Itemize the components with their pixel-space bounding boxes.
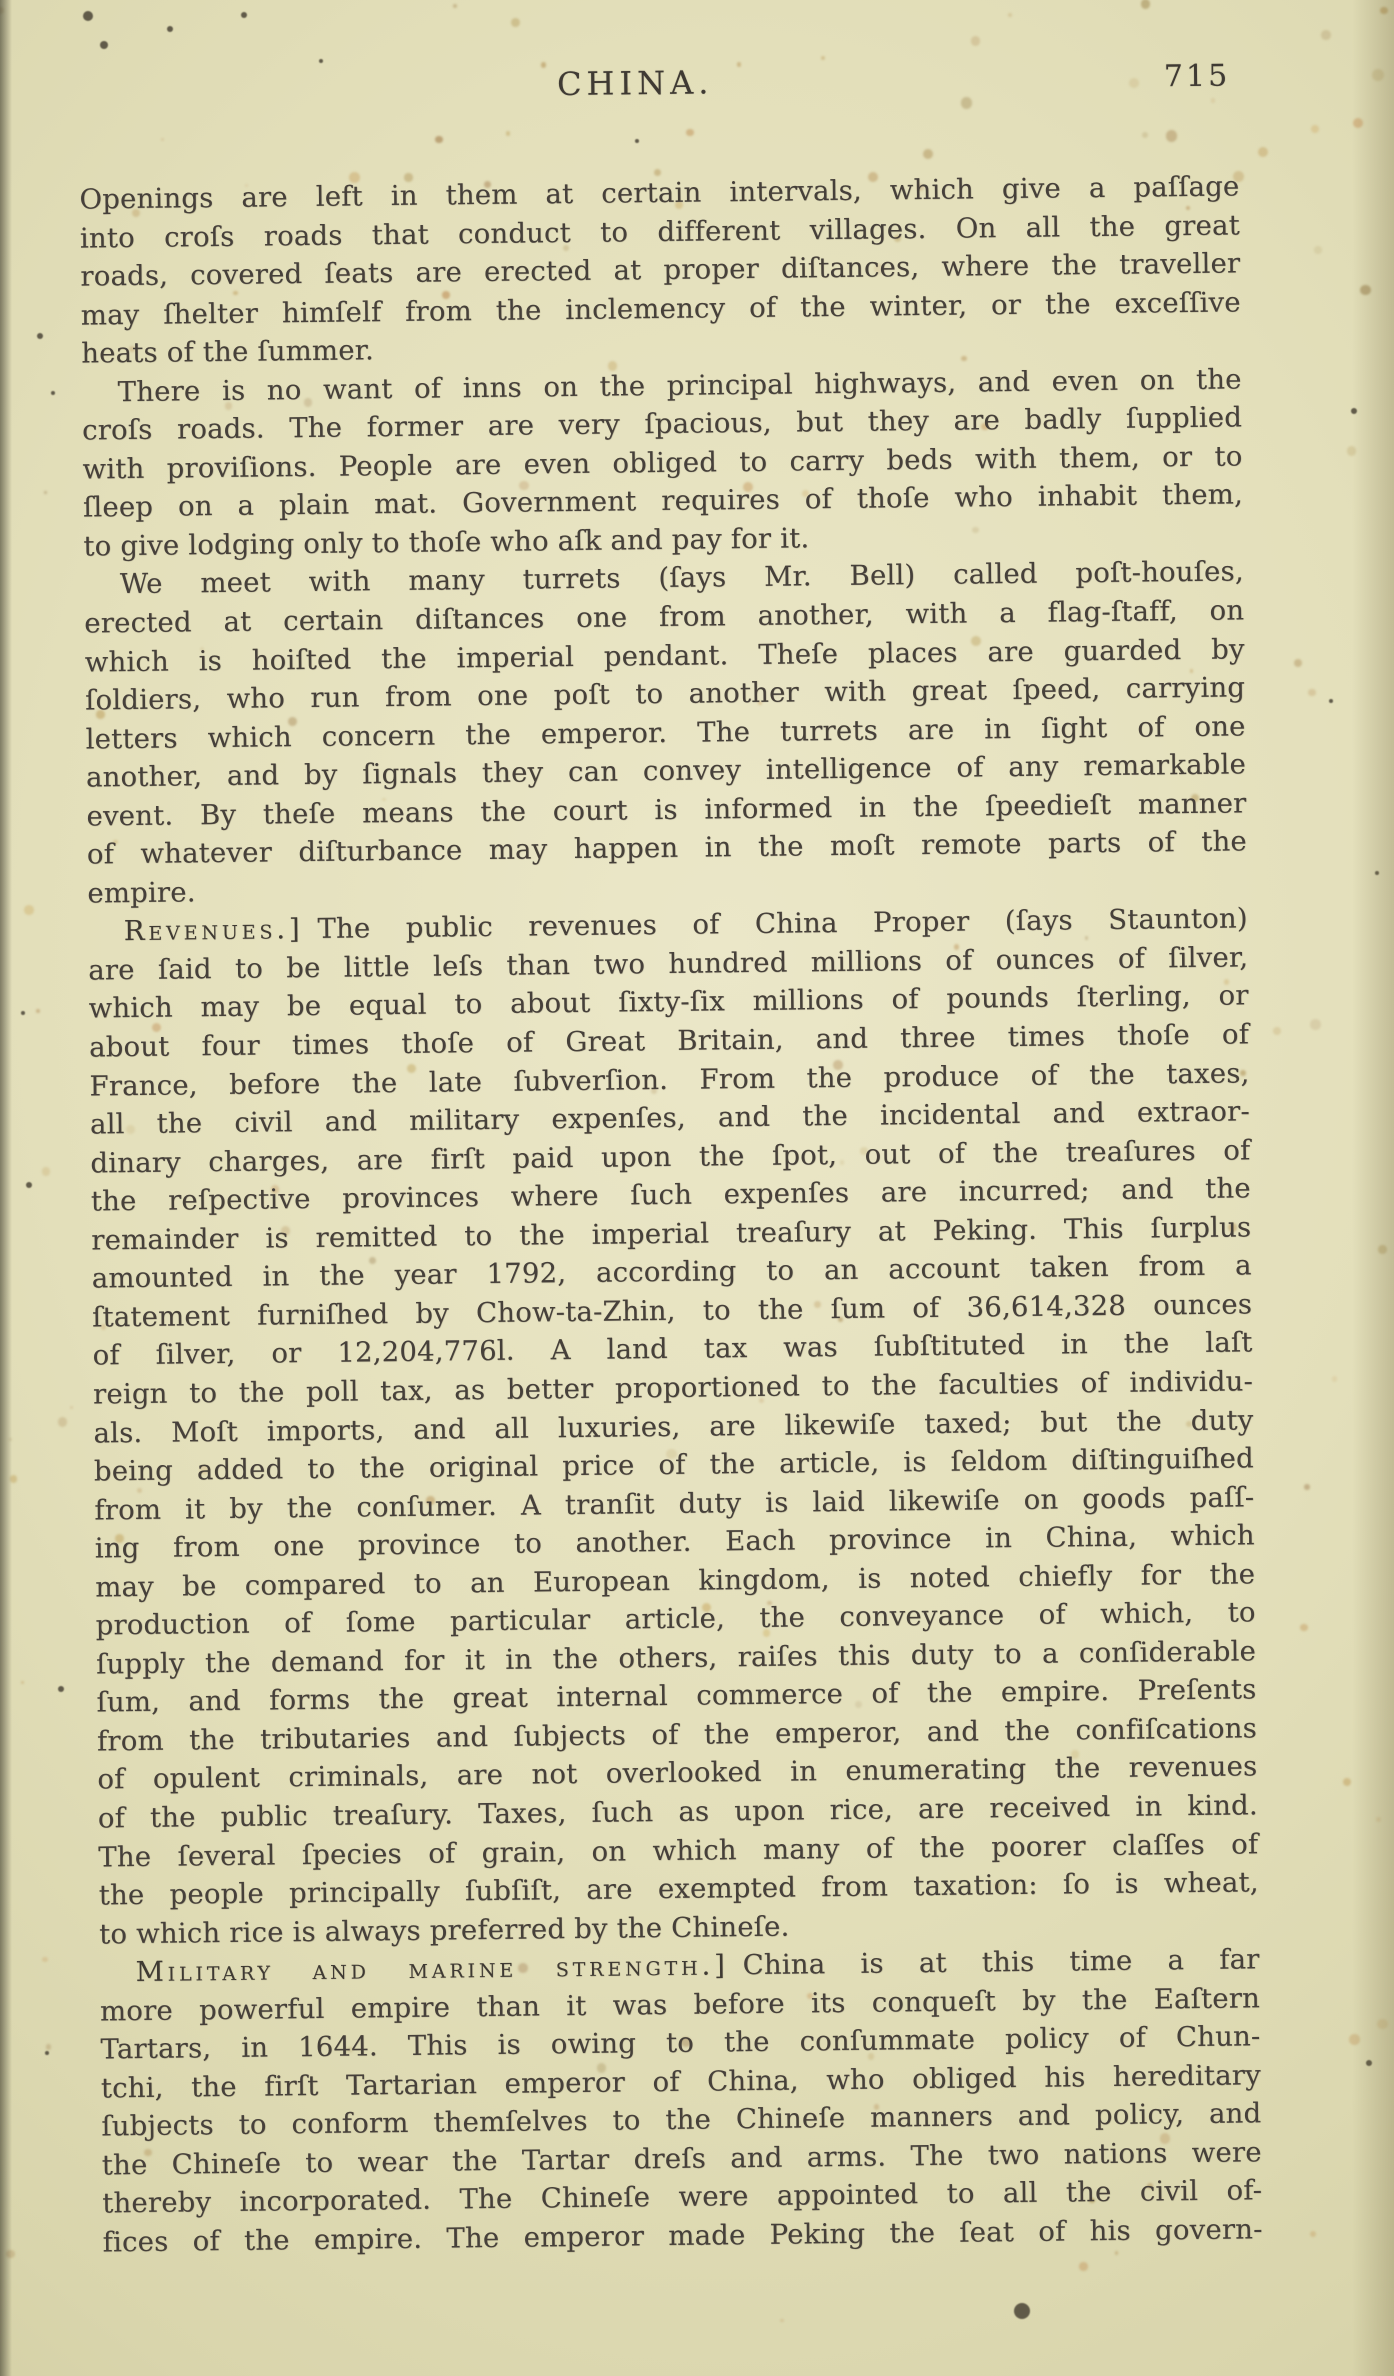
foxing-spot (1376, 1817, 1381, 1822)
foxing-spot (10, 1475, 18, 1483)
foxing-spot (42, 1167, 51, 1176)
foxing-spot (1349, 2034, 1360, 2045)
foxing-spot (1353, 118, 1363, 128)
foxing-spot (1310, 1019, 1321, 1030)
foxing-spot (453, 4, 457, 8)
foxing-spot (1378, 1245, 1386, 1253)
foxing-spot (70, 1406, 73, 1409)
ink-speck (1366, 2060, 1372, 2066)
foxing-spot (46, 2044, 52, 2050)
foxing-spot (36, 1009, 40, 1013)
foxing-spot (6, 2250, 14, 2258)
ink-speck (1351, 408, 1357, 414)
foxing-spot (1300, 1624, 1308, 1632)
ink-speck (26, 1182, 32, 1188)
foxing-spot (511, 18, 520, 27)
foxing-spot (1294, 659, 1302, 667)
foxing-spot (1372, 69, 1384, 81)
section-heading: Military and marine strength.] (135, 1949, 728, 1988)
foxing-spot (1258, 147, 1268, 157)
page-content: CHINA. 715 Openings are left in them at … (78, 57, 1263, 2262)
foxing-spot (1310, 2231, 1316, 2237)
ink-speck (241, 12, 247, 18)
body-text: Openings are left in them at certain int… (79, 167, 1263, 2262)
foxing-spot (971, 36, 980, 45)
foxing-spot (1360, 285, 1370, 295)
ink-speck (21, 1011, 25, 1015)
ink-speck (58, 1686, 64, 1692)
foxing-spot (1311, 125, 1319, 133)
running-header: CHINA. 715 (78, 57, 1238, 116)
ink-speck (37, 333, 43, 339)
foxing-spot (1314, 246, 1321, 253)
foxing-spot (1079, 2262, 1087, 2270)
foxing-spot (1332, 1376, 1337, 1381)
foxing-spot (1273, 1027, 1281, 1035)
foxing-spot (1304, 1484, 1310, 1490)
foxing-spot (0, 7, 4, 15)
ink-speck (83, 11, 93, 21)
ink-speck (51, 391, 55, 395)
page-title: CHINA. (55, 58, 1215, 109)
ink-speck (100, 41, 108, 49)
foxing-spot (1377, 2019, 1387, 2029)
foxing-spot (44, 491, 47, 494)
foxing-spot (1008, 13, 1012, 17)
foxing-spot (1343, 1778, 1351, 1786)
ink-speck (45, 2051, 49, 2055)
section-heading: Revenues.] (124, 913, 304, 947)
ink-speck (1375, 871, 1379, 875)
foxing-spot (58, 1417, 68, 1427)
foxing-spot (1380, 7, 1387, 14)
foxing-spot (1347, 446, 1357, 456)
foxing-spot (42, 1957, 48, 1963)
foxing-spot (1115, 2251, 1118, 2254)
foxing-spot (780, 2319, 783, 2322)
foxing-spot (1308, 689, 1316, 697)
foxing-spot (1141, 0, 1151, 9)
foxing-spot (9, 1438, 12, 1441)
page-number: 715 (1164, 59, 1231, 95)
foxing-spot (24, 905, 34, 915)
ink-speck (319, 59, 323, 63)
ink-speck (1329, 699, 1333, 703)
foxing-spot (821, 56, 825, 60)
ink-speck (1014, 2303, 1030, 2319)
foxing-spot (1321, 30, 1331, 40)
foxing-spot (21, 1681, 24, 1684)
ink-speck (167, 26, 173, 32)
scanned-book-page: CHINA. 715 Openings are left in them at … (0, 0, 1394, 2376)
